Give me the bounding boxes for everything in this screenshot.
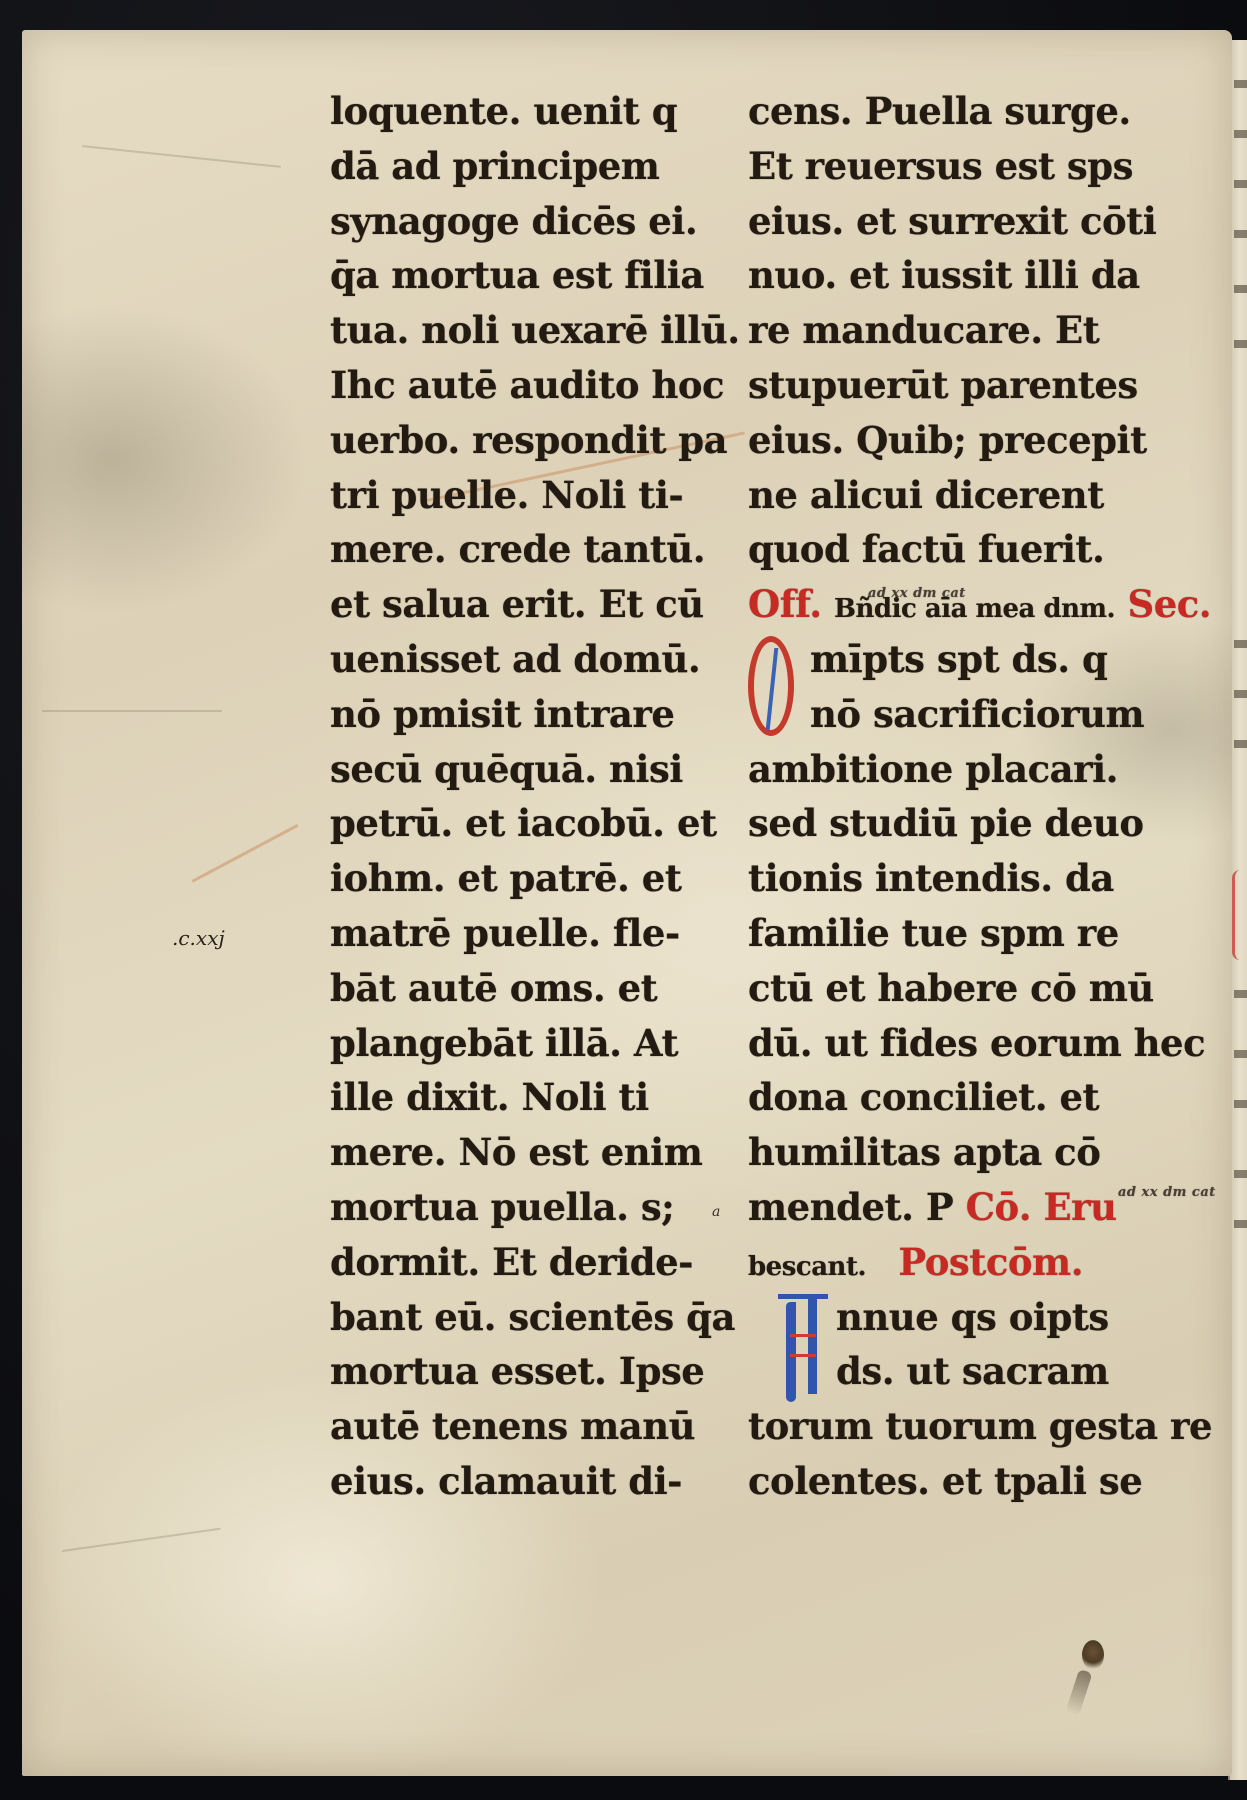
text-line: Ihc autē audito hoc [330,358,730,413]
text-line: torum tuorum gesta re [748,1399,1188,1454]
text-line: iohm. et patrē. et [330,851,730,906]
text-line: re manducare. Et [748,303,1188,358]
red-initial-fragment [1232,870,1241,960]
text-line: mīpts spt ds. q [748,632,1188,687]
text-line: nuo. et iussit illi da [748,248,1188,303]
text-line: et salua erit. Et cū [330,577,730,632]
text-fragment: mendet. [748,1185,913,1229]
communion-line: mendet. P Cō. Eru ad xx dm cat [748,1180,1188,1235]
ink-blot [1082,1640,1104,1670]
text-line: uerbo. respondit pa [330,413,730,468]
text-line: ambitione placari. [748,742,1188,797]
rubric-postcommunion: Postcōm. [898,1240,1083,1284]
parchment-crease [42,710,222,712]
text-line: eius. et surrexit cōti [748,194,1188,249]
stain-streak [191,824,298,883]
secret-block: mīpts spt ds. q nō sacrificiorum ambitio… [748,632,1188,1180]
text-line: eius. Quib; precepit [748,413,1188,468]
text-line: eius. clamauit di- [330,1454,730,1509]
text-line: ds. ut sacram [748,1344,1188,1399]
text-line: ille dixit. Noli ti [330,1070,730,1125]
text-line: matrē puelle. fle- [330,906,730,961]
text-line: ne alicui dicerent [748,468,1188,523]
postcom-rubric-line: bescant. Postcōm. [748,1235,1188,1290]
text-line: bant eū. scientēs q̄a [330,1290,730,1345]
interlinear-gloss: ad xx dm cat [868,567,966,622]
text-line: Et reuersus est sps [748,139,1188,194]
text-line: nō pmisit intrare [330,687,730,742]
text-line: bāt autē oms. et [330,961,730,1016]
text-line: uenisset ad domū. [330,632,730,687]
text-column-left: loquente. uenit q dā ad principem synago… [330,84,730,1509]
text-line: autē tenens manū [330,1399,730,1454]
text-line: dormit. Et deride- [330,1235,730,1290]
text-column-right: cens. Puella surge. Et reuersus est sps … [748,84,1188,1509]
rubric-offertory: Off. [748,582,822,626]
parchment-crease [82,145,281,168]
text-line: dā ad principem [330,139,730,194]
p-mark: P [926,1185,953,1229]
text-line: secū quēquā. nisi [330,742,730,797]
text-line: colentes. et tpali se [748,1454,1188,1509]
text-line: mere. Nō est enim [330,1125,730,1180]
text-line: dona conciliet. et [748,1070,1188,1125]
text-line: ctū et habere cō mū [748,961,1188,1016]
text-line: tua. noli uexarē illū. [330,303,730,358]
marginal-gloss: ad xx dm cat [1118,1166,1216,1221]
text-line: familie tue spm re [748,906,1188,961]
text-fragment: bescant. [748,1252,866,1282]
rubric-secret: Sec. [1127,582,1211,626]
rubric-communion: Cō. Eru [966,1185,1117,1229]
text-line: nnue qs oipts [748,1290,1188,1345]
text-line: synagoge dicēs ei. [330,194,730,249]
text-line: loquente. uenit q [330,84,730,139]
text-line: mortua esset. Ipse [330,1344,730,1399]
text-line: nō sacrificiorum [748,687,1188,742]
ink-blot-trail [1065,1669,1092,1716]
text-line: tri puelle. Noli ti- [330,468,730,523]
text-line: cens. Puella surge. [748,84,1188,139]
text-line: mortua puella. s; [330,1180,730,1235]
text-line: tionis intendis. da [748,851,1188,906]
text-line: quod factū fuerit. [748,522,1188,577]
text-line: mere. crede tantū. [330,522,730,577]
postcommunion-block: nnue qs oipts ds. ut sacram torum tuorum… [748,1290,1188,1509]
text-line: petrū. et iacobū. et [330,796,730,851]
text-line: q̄a mortua est filia [330,248,730,303]
parchment-crease [62,1528,221,1552]
marginal-note: .c.xxj [172,926,225,950]
text-line: stupuerūt parentes [748,358,1188,413]
offertory-line: ad xx dm cat Off. Bñdic aīa mea dnm. Sec… [748,577,1188,632]
text-line: plangebāt illā. At [330,1016,730,1071]
text-line: dū. ut fides eorum hec [748,1016,1188,1071]
text-line: sed studiū pie deuo [748,796,1188,851]
